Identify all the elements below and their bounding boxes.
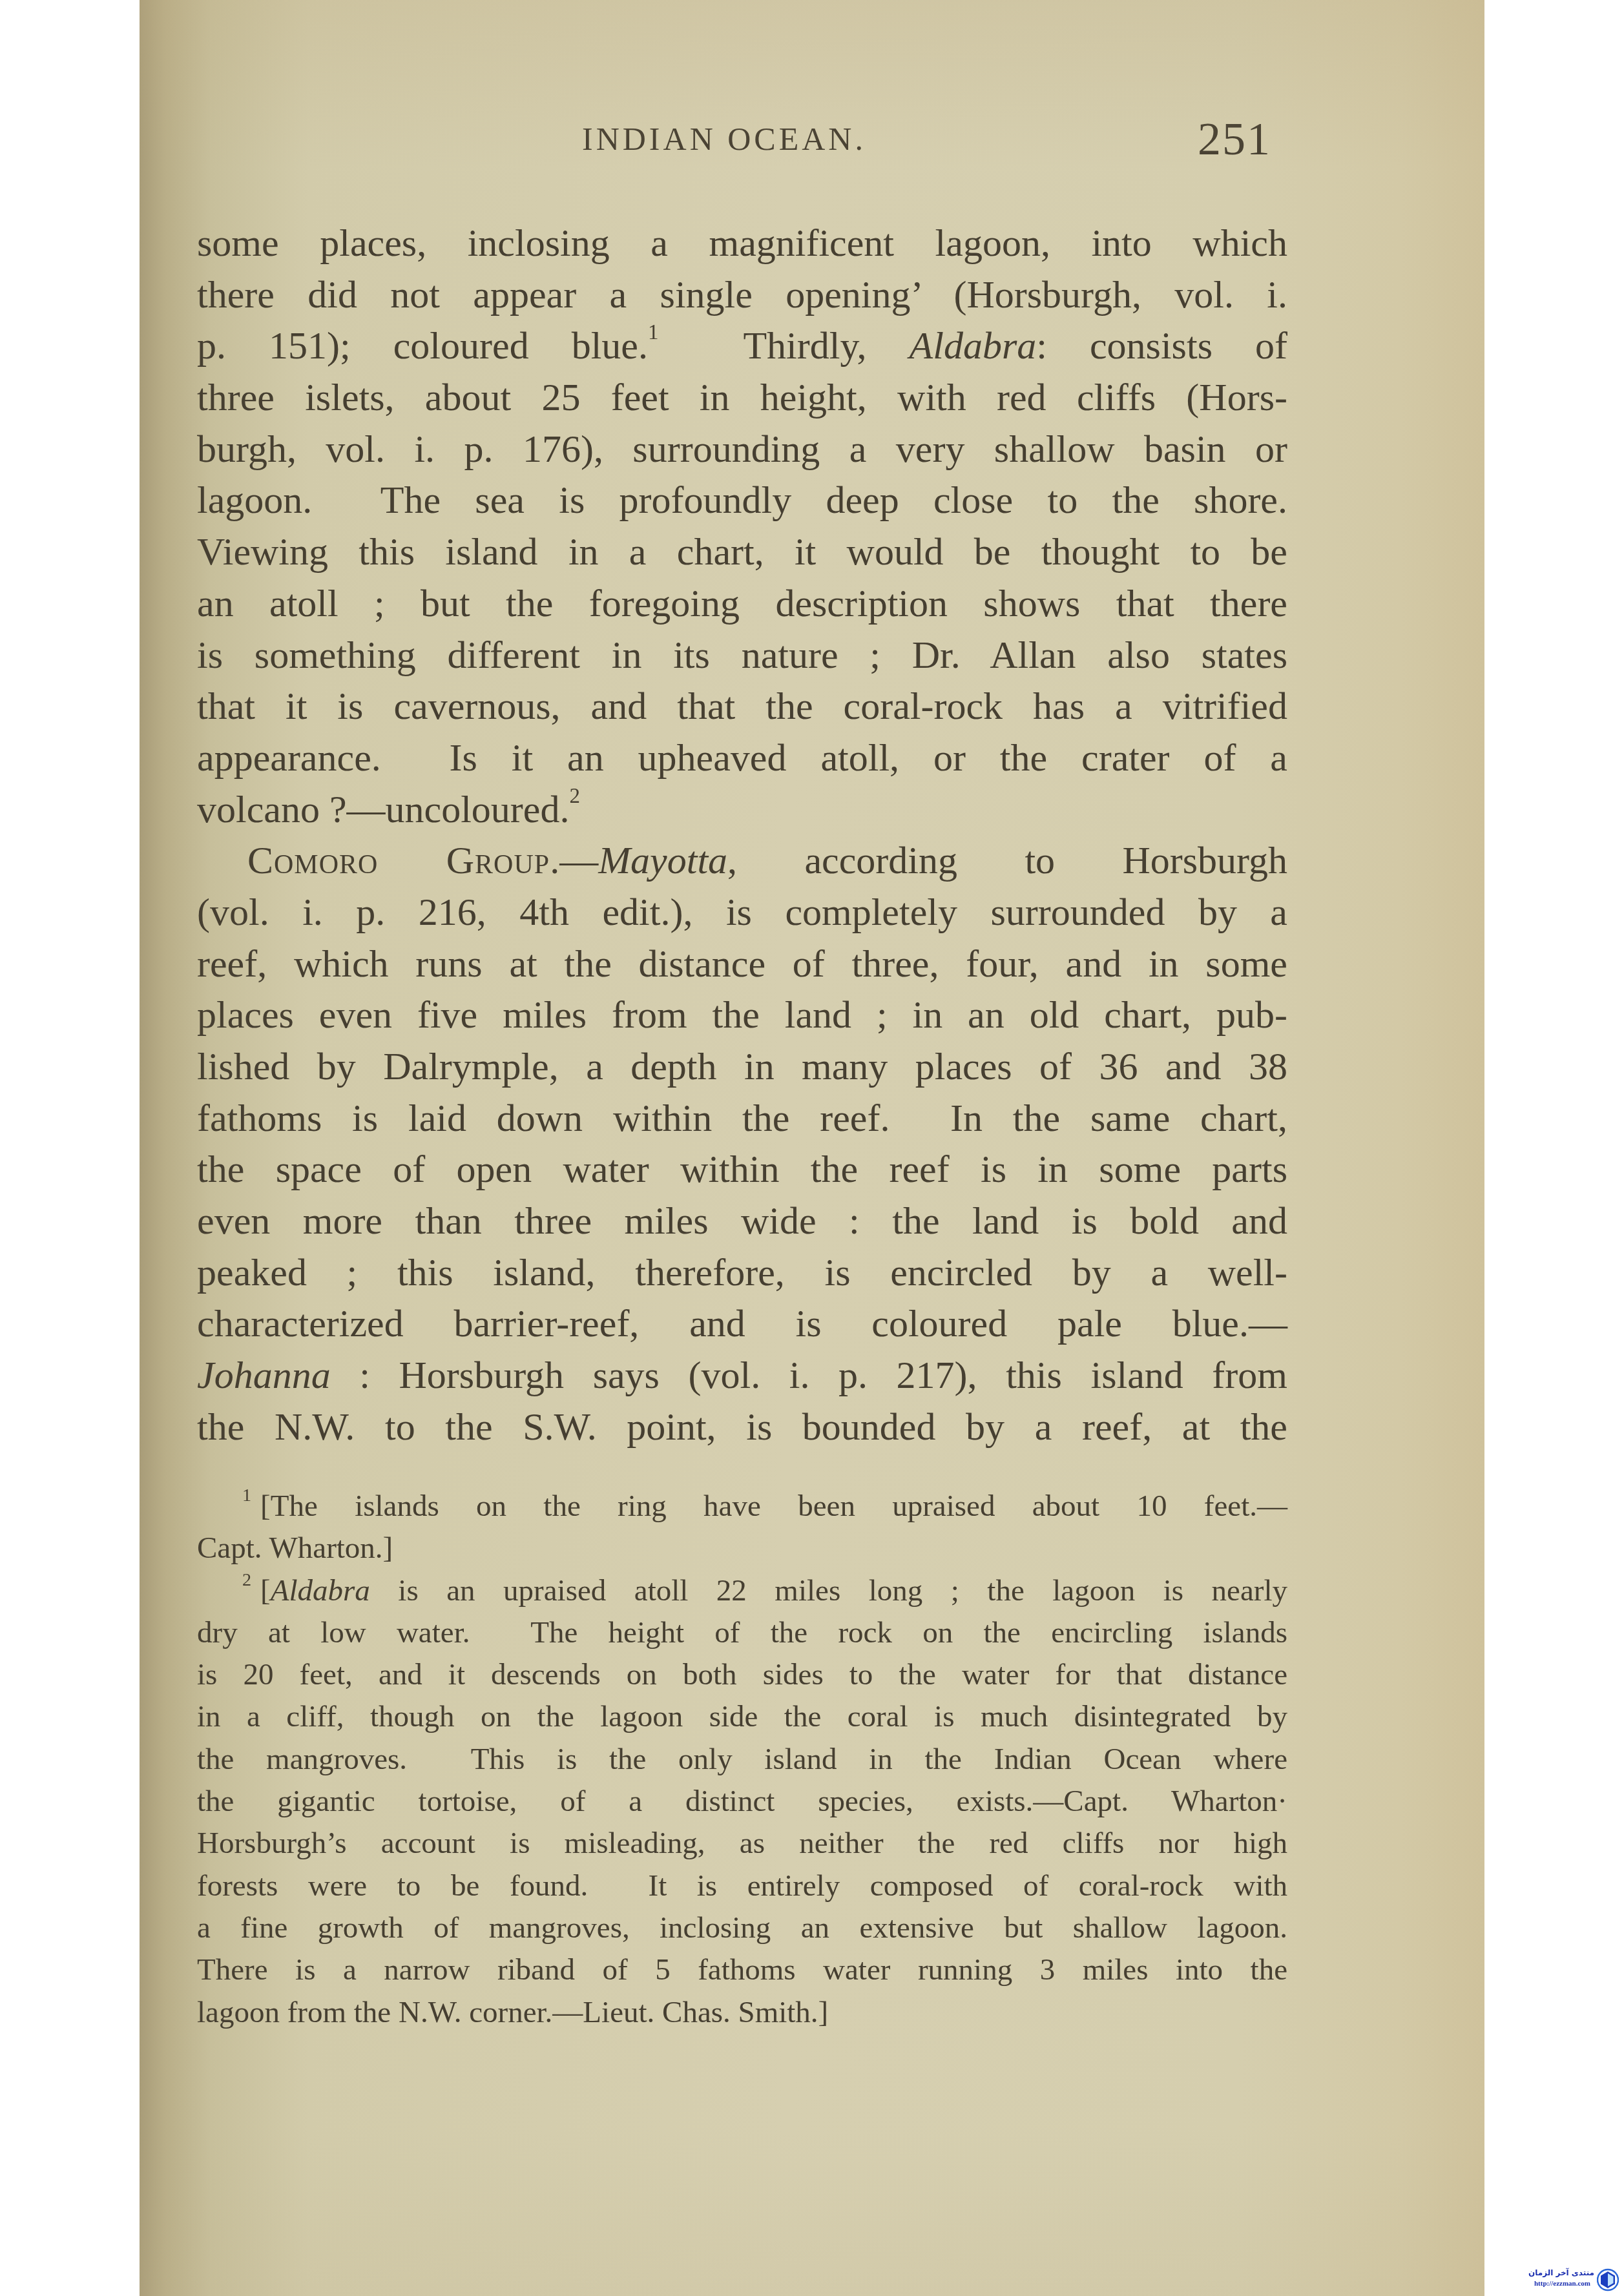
footnote-line: Capt. Wharton.] bbox=[197, 1527, 1287, 1569]
text-segment: characterized barrier-reef, and is colou… bbox=[197, 1302, 1287, 1345]
body-line: is something different in its nature ; D… bbox=[197, 630, 1287, 681]
footnote-marker: 1 bbox=[242, 1485, 251, 1505]
book-page: INDIAN OCEAN. 251 some places, inclosing… bbox=[140, 0, 1484, 2296]
text-segment: even more than three miles wide : the la… bbox=[197, 1199, 1287, 1242]
text-segment: (vol. i. p. 216, 4th edit.), is complete… bbox=[197, 891, 1287, 933]
running-header: INDIAN OCEAN. 251 bbox=[140, 116, 1484, 174]
footnotes: 1[The islands on the ring have been upra… bbox=[197, 1485, 1287, 2034]
text-segment: lagoon from the N.W. corner.—Lieut. Chas… bbox=[197, 1996, 828, 2029]
italic-text: Johanna bbox=[197, 1354, 331, 1396]
body-line: appearance. Is it an upheaved atoll, or … bbox=[197, 732, 1287, 784]
body-line: fathoms is laid down within the reef. In… bbox=[197, 1093, 1287, 1144]
text-segment: [The islands on the ring have been uprai… bbox=[260, 1489, 1287, 1523]
footnote-line: a fine growth of mangroves, inclosing an… bbox=[197, 1907, 1287, 1949]
body-line: even more than three miles wide : the la… bbox=[197, 1195, 1287, 1247]
body-line: burgh, vol. i. p. 176), surrounding a ve… bbox=[197, 424, 1287, 475]
body-line: the space of open water within the reef … bbox=[197, 1144, 1287, 1195]
footnote-reference: 2 bbox=[569, 785, 580, 808]
text-segment: dry at low water. The height of the rock… bbox=[197, 1616, 1287, 1650]
italic-text: Mayotta bbox=[598, 839, 727, 882]
text-segment: lagoon. The sea is profoundly deep close… bbox=[197, 479, 1287, 521]
page-number: 251 bbox=[1198, 112, 1271, 166]
text-segment: .— bbox=[550, 839, 598, 882]
watermark-url: http://ezzman.com bbox=[1534, 2280, 1590, 2288]
body-line: lagoon. The sea is profoundly deep close… bbox=[197, 475, 1287, 526]
text-segment: Horsburgh’s account is misleading, as ne… bbox=[197, 1826, 1287, 1860]
footnote-line: 2[Aldabra is an upraised atoll 22 miles … bbox=[197, 1570, 1287, 1612]
body-line: the N.W. to the S.W. point, is bounded b… bbox=[197, 1401, 1287, 1453]
text-segment: the mangroves. This is the only island i… bbox=[197, 1743, 1287, 1776]
text-segment: is an upraised atoll 22 miles long ; the… bbox=[370, 1574, 1287, 1608]
body-line: there did not appear a single opening’ (… bbox=[197, 269, 1287, 321]
footnote-line: forests were to be found. It is entirely… bbox=[197, 1865, 1287, 1907]
body-line: Johanna : Horsburgh says (vol. i. p. 217… bbox=[197, 1350, 1287, 1401]
text-segment: volcano ?—uncoloured. bbox=[197, 788, 569, 831]
text-segment: the space of open water within the reef … bbox=[197, 1148, 1287, 1190]
body-line: places even five miles from the land ; i… bbox=[197, 989, 1287, 1041]
footnote-line: is 20 feet, and it descends on both side… bbox=[197, 1654, 1287, 1696]
watermark: منتدى آخر الزمان http://ezzman.com bbox=[1505, 2267, 1621, 2294]
text-segment: p. 151); coloured blue. bbox=[197, 324, 648, 367]
text-segment: the N.W. to the S.W. point, is bounded b… bbox=[197, 1405, 1287, 1448]
body-line: lished by Dalrymple, a depth in many pla… bbox=[197, 1041, 1287, 1093]
text-segment: [ bbox=[260, 1574, 271, 1608]
body-line: an atoll ; but the foregoing description… bbox=[197, 578, 1287, 630]
text-segment: there did not appear a single opening’ (… bbox=[197, 273, 1287, 316]
body-line: some places, inclosing a magnificent lag… bbox=[197, 218, 1287, 269]
text-segment: forests were to be found. It is entirely… bbox=[197, 1869, 1287, 1903]
body-line: peaked ; this island, therefore, is enci… bbox=[197, 1247, 1287, 1299]
footnote-line: the gigantic tortoise, of a distinct spe… bbox=[197, 1781, 1287, 1823]
text-segment: Thirdly, bbox=[658, 324, 909, 367]
body-line: p. 151); coloured blue.1 Thirdly, Aldabr… bbox=[197, 320, 1287, 372]
body-line: Comoro Group.—Mayotta, according to Hors… bbox=[197, 835, 1287, 887]
text-segment: There is a narrow riband of 5 fathoms wa… bbox=[197, 1953, 1287, 1987]
hexagon-logo-icon bbox=[1597, 2268, 1619, 2291]
text-segment: : Horsburgh says (vol. i. p. 217), this … bbox=[331, 1354, 1287, 1396]
body-line: reef, which runs at the distance of thre… bbox=[197, 938, 1287, 990]
body-text: some places, inclosing a magnificent lag… bbox=[197, 218, 1287, 1453]
text-segment: in a cliff, though on the lagoon side th… bbox=[197, 1700, 1287, 1733]
footnote-line: lagoon from the N.W. corner.—Lieut. Chas… bbox=[197, 1992, 1287, 2034]
footnote-line: 1[The islands on the ring have been upra… bbox=[197, 1485, 1287, 1527]
text-segment: peaked ; this island, therefore, is enci… bbox=[197, 1251, 1287, 1294]
italic-text: Aldabra bbox=[271, 1574, 370, 1608]
footnote-line: dry at low water. The height of the rock… bbox=[197, 1612, 1287, 1654]
footnote-line: in a cliff, though on the lagoon side th… bbox=[197, 1696, 1287, 1738]
text-segment: Viewing this island in a chart, it would… bbox=[197, 530, 1287, 573]
running-title: INDIAN OCEAN. bbox=[582, 120, 866, 158]
footnote-line: Horsburgh’s account is misleading, as ne… bbox=[197, 1823, 1287, 1865]
text-segment: burgh, vol. i. p. 176), surrounding a ve… bbox=[197, 428, 1287, 470]
footnote-reference: 1 bbox=[648, 322, 659, 345]
italic-text: Aldabra bbox=[910, 324, 1037, 367]
text-segment: some places, inclosing a magnificent lag… bbox=[197, 222, 1287, 264]
body-line: (vol. i. p. 216, 4th edit.), is complete… bbox=[197, 887, 1287, 938]
text-segment: reef, which runs at the distance of thre… bbox=[197, 942, 1287, 985]
text-segment: : consists of bbox=[1036, 324, 1287, 367]
footnote-line: the mangroves. This is the only island i… bbox=[197, 1739, 1287, 1781]
footnote-line: There is a narrow riband of 5 fathoms wa… bbox=[197, 1949, 1287, 1991]
body-line: volcano ?—uncoloured.2 bbox=[197, 784, 1287, 836]
watermark-arabic-text: منتدى آخر الزمان bbox=[1528, 2268, 1594, 2277]
text-segment: fathoms is laid down within the reef. In… bbox=[197, 1097, 1287, 1139]
small-caps-heading: Comoro Group bbox=[247, 839, 550, 882]
text-segment: the gigantic tortoise, of a distinct spe… bbox=[197, 1784, 1287, 1818]
text-segment: lished by Dalrymple, a depth in many pla… bbox=[197, 1045, 1287, 1088]
text-segment: places even five miles from the land ; i… bbox=[197, 993, 1287, 1036]
text-segment: Capt. Wharton.] bbox=[197, 1531, 393, 1565]
text-segment: is something different in its nature ; D… bbox=[197, 634, 1287, 676]
text-segment: a fine growth of mangroves, inclosing an… bbox=[197, 1911, 1287, 1945]
text-segment: an atoll ; but the foregoing description… bbox=[197, 582, 1287, 625]
text-segment: is 20 feet, and it descends on both side… bbox=[197, 1658, 1287, 1691]
body-line: that it is cavernous, and that the coral… bbox=[197, 681, 1287, 732]
body-line: characterized barrier-reef, and is colou… bbox=[197, 1298, 1287, 1350]
footnote-marker: 2 bbox=[242, 1570, 251, 1590]
text-segment: , according to Horsburgh bbox=[727, 839, 1287, 882]
body-line: Viewing this island in a chart, it would… bbox=[197, 526, 1287, 578]
body-line: three islets, about 25 feet in height, w… bbox=[197, 372, 1287, 424]
text-segment: that it is cavernous, and that the coral… bbox=[197, 685, 1287, 727]
text-segment: appearance. Is it an upheaved atoll, or … bbox=[197, 736, 1287, 779]
text-segment: three islets, about 25 feet in height, w… bbox=[197, 376, 1287, 419]
